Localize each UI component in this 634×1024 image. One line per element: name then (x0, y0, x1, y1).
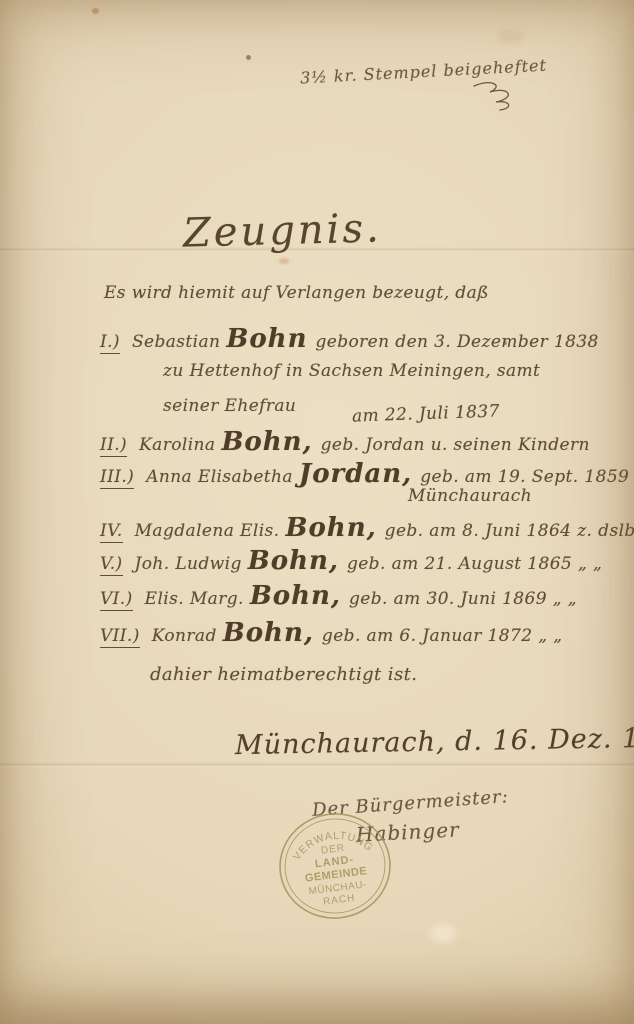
stamp-line-6: RACH (322, 893, 355, 908)
paper-stain (246, 55, 251, 60)
item-1-cont1-text: zu Hettenhof in Sachsen Meiningen, samt (163, 361, 540, 381)
item-2-numeral: II.) (100, 435, 127, 457)
document-page: 3½ kr. Stempel beigeheftet Zeugnis. Es w… (0, 0, 634, 1024)
stamp-note-text: 3½ kr. Stempel beigeheftet (300, 56, 548, 88)
item-7-post: geb. am 6. Januar 1872 „ „ (322, 626, 563, 646)
page-title: Zeugnis. (182, 205, 382, 256)
item-3-cont: Münchaurach (408, 486, 532, 506)
item-3-line: III.)Anna ElisabethaJordan,geb. am 19. S… (100, 459, 634, 489)
item-1-inserted-date: am 22. Juli 1837 (352, 401, 500, 426)
item-4-pre: Magdalena Elis. (135, 521, 280, 541)
item-6-line: VI.)Elis. Marg.Bohn,geb. am 30. Juni 186… (100, 581, 577, 611)
municipal-stamp: VERWALTUNG DER LAND- GEMEINDE MÜNCHAU- R… (270, 803, 401, 929)
item-5-numeral: V.) (100, 554, 123, 576)
item-2-line: II.)KarolinaBohn,geb. Jordan u. seinen K… (100, 427, 590, 457)
item-5-post: geb. am 21. August 1865 „ „ (347, 554, 602, 574)
item-6-surname: Bohn, (250, 581, 341, 611)
item-2-post: geb. Jordan u. seinen Kindern (321, 435, 590, 455)
stamp-note: 3½ kr. Stempel beigeheftet (300, 56, 548, 88)
item-1-numeral: I.) (100, 332, 120, 354)
item-1-cont2-text: seiner Ehefrau (163, 396, 296, 416)
item-5-pre: Joh. Ludwig (135, 554, 242, 574)
page-title-text: Zeugnis. (182, 205, 382, 256)
item-3-post: geb. am 19. Sept. 1859 zu (420, 467, 634, 487)
item-5-surname: Bohn, (248, 546, 339, 576)
item-7-line: VII.)KonradBohn,geb. am 6. Januar 1872 „… (100, 618, 562, 648)
item-3-cont-text: Münchaurach (408, 486, 532, 506)
paper-stain (279, 258, 289, 264)
intro-text: Es wird hiemit auf Verlangen bezeugt, da… (104, 283, 489, 303)
note-flourish (470, 80, 518, 114)
item-1-post: geboren den 3. Dezember 1838 (315, 332, 598, 352)
item-1-pre: Sebastian (132, 332, 220, 352)
item-4-line: IV.Magdalena Elis.Bohn,geb. am 8. Juni 1… (100, 513, 634, 543)
item-1-cont1: zu Hettenhof in Sachsen Meiningen, samt (163, 361, 540, 381)
item-1-surname: Bohn (226, 324, 307, 354)
dateline-text: Münchaurach, d. 16. Dez. 1873. (235, 722, 634, 761)
item-1-cont2: seiner Ehefrau (163, 396, 296, 416)
closing-text: dahier heimatberechtigt ist. (150, 664, 417, 685)
item-5-line: V.)Joh. LudwigBohn,geb. am 21. August 18… (100, 546, 602, 576)
paper-stain (430, 925, 456, 943)
fold-crease (0, 762, 634, 768)
intro-line: Es wird hiemit auf Verlangen bezeugt, da… (104, 283, 489, 303)
item-7-numeral: VII.) (100, 626, 140, 648)
item-2-pre: Karolina (139, 435, 215, 455)
item-6-numeral: VI.) (100, 589, 133, 611)
item-1-line: I.)SebastianBohngeboren den 3. Dezember … (100, 324, 599, 354)
item-2-surname: Bohn, (221, 427, 312, 457)
dateline: Münchaurach, d. 16. Dez. 1873. (235, 722, 634, 761)
paper-stain (92, 8, 99, 14)
item-4-post: geb. am 8. Juni 1864 z. dslb. (385, 521, 634, 541)
item-3-pre: Anna Elisabetha (146, 467, 293, 487)
item-4-surname: Bohn, (285, 513, 376, 543)
paper-stain (498, 30, 524, 44)
item-3-surname: Jordan, (299, 459, 412, 489)
item-3-numeral: III.) (100, 467, 134, 489)
item-7-surname: Bohn, (223, 618, 314, 648)
item-7-pre: Konrad (152, 626, 217, 646)
closing-line: dahier heimatberechtigt ist. (150, 664, 417, 685)
item-1-date-text: am 22. Juli 1837 (352, 401, 500, 426)
item-6-pre: Elis. Marg. (145, 589, 244, 609)
item-4-numeral: IV. (100, 521, 123, 543)
item-6-post: geb. am 30. Juni 1869 „ „ (349, 589, 577, 609)
